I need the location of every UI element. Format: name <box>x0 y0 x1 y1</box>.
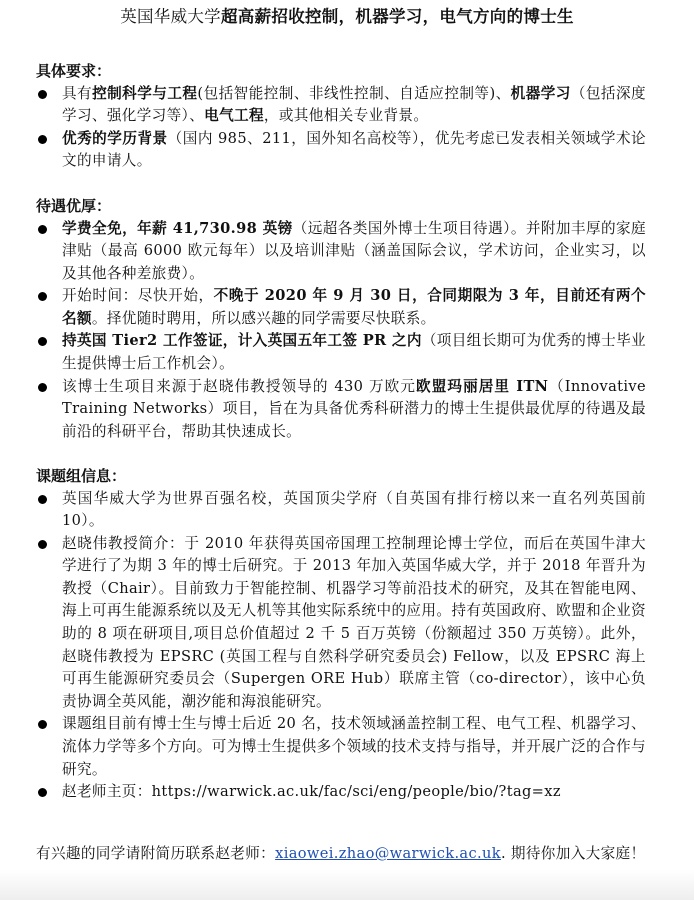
bold-text: 控制科学与工程 <box>92 85 197 102</box>
text: 该博士生项目来源于赵晓伟教授领导的 430 万欧元 <box>62 378 416 395</box>
bottom-fade <box>0 870 694 900</box>
bullet-icon <box>38 383 47 392</box>
section-group: 课题组信息： 英国华威大学为世界百强名校，英国顶尖学府（自英国有排行榜以来一直名… <box>36 465 646 804</box>
bullet-icon <box>38 135 47 144</box>
email-link[interactable]: xiaowei.zhao@warwick.ac.uk <box>275 845 501 862</box>
list-item: 课题组目前有博士生与博士后近 20 名，技术领域涵盖控制工程、电气工程、机器学习… <box>36 713 646 781</box>
title-bold: 超高薪招收控制，机器学习，电气方向的博士生 <box>221 7 574 26</box>
section-requirements: 具体要求： 具有控制科学与工程(包括智能控制、非线性控制、自适应控制等)、机器学… <box>36 60 646 173</box>
section-heading: 待遇优厚： <box>36 195 646 218</box>
text: 课题组目前有博士生与博士后近 20 名，技术领域涵盖控制工程、电气工程、机器学习… <box>62 715 646 777</box>
bold-text: 机器学习 <box>511 85 571 102</box>
bold-text: 电气工程 <box>204 107 264 124</box>
contact-paragraph: 有兴趣的同学请附简历联系赵老师：xiaowei.zhao@warwick.ac.… <box>36 842 656 865</box>
list-item: 赵老师主页：https://warwick.ac.uk/fac/sci/eng/… <box>36 781 646 804</box>
bold-text: 欧盟玛丽居里 ITN <box>416 378 548 395</box>
text: 赵老师主页：https://warwick.ac.uk/fac/sci/eng/… <box>62 783 561 800</box>
bullet-icon <box>38 720 47 729</box>
bullet-icon <box>38 292 47 301</box>
bold-text: 优秀的学历背景 <box>62 130 168 147</box>
text: 。择优随时聘用，所以感兴趣的同学需要尽快联系。 <box>92 310 436 327</box>
benefits-list: 学费全免，年薪 41,730.98 英镑（远超各类国外博士生项目待遇）。并附加丰… <box>36 218 646 444</box>
section-benefits: 待遇优厚： 学费全免，年薪 41,730.98 英镑（远超各类国外博士生项目待遇… <box>36 195 646 443</box>
contact-text: 有兴趣的同学请附简历联系赵老师： <box>36 845 275 862</box>
page-title: 英国华威大学超高薪招收控制，机器学习，电气方向的博士生 <box>0 4 694 30</box>
bullet-icon <box>38 337 47 346</box>
title-prefix: 英国华威大学 <box>120 7 221 26</box>
list-item: 英国华威大学为世界百强名校，英国顶尖学府（自英国有排行榜以来一直名列英国前 10… <box>36 488 646 533</box>
contact-closing: . 期待你加入大家庭！ <box>501 845 645 862</box>
bullet-icon <box>38 540 47 549</box>
section-heading: 具体要求： <box>36 60 646 83</box>
section-heading: 课题组信息： <box>36 465 646 488</box>
bold-text: 持英国 Tier2 工作签证，计入英国五年工签 PR 之内 <box>62 332 422 349</box>
bullet-icon <box>38 225 47 234</box>
list-item: 具有控制科学与工程(包括智能控制、非线性控制、自适应控制等)、机器学习（包括深度… <box>36 83 646 128</box>
group-list: 英国华威大学为世界百强名校，英国顶尖学府（自英国有排行榜以来一直名列英国前 10… <box>36 488 646 804</box>
text: 英国华威大学为世界百强名校，英国顶尖学府（自英国有排行榜以来一直名列英国前 10… <box>62 490 646 530</box>
text: 具有 <box>62 85 92 102</box>
list-item: 该博士生项目来源于赵晓伟教授领导的 430 万欧元欧盟玛丽居里 ITN（Inno… <box>36 376 646 444</box>
text: (包括智能控制、非线性控制、自适应控制等)、 <box>197 85 510 102</box>
list-item: 持英国 Tier2 工作签证，计入英国五年工签 PR 之内（项目组长期可为优秀的… <box>36 330 646 375</box>
bullet-icon <box>38 90 47 99</box>
requirements-list: 具有控制科学与工程(包括智能控制、非线性控制、自适应控制等)、机器学习（包括深度… <box>36 83 646 173</box>
text: ，或其他相关专业背景。 <box>264 107 428 124</box>
bullet-icon <box>38 495 47 504</box>
list-item: 学费全免，年薪 41,730.98 英镑（远超各类国外博士生项目待遇）。并附加丰… <box>36 218 646 286</box>
text: 开始时间：尽快开始， <box>62 287 214 304</box>
list-item: 开始时间：尽快开始，不晚于 2020 年 9 月 30 日，合同期限为 3 年，… <box>36 285 646 330</box>
text: 赵晓伟教授简介：于 2010 年获得英国帝国理工控制理论博士学位，而后在英国牛津… <box>62 535 646 710</box>
list-item: 优秀的学历背景（国内 985、211，国外知名高校等），优先考虑已发表相关领域学… <box>36 128 646 173</box>
document-page: 英国华威大学超高薪招收控制，机器学习，电气方向的博士生 具体要求： 具有控制科学… <box>0 0 694 900</box>
list-item: 赵晓伟教授简介：于 2010 年获得英国帝国理工控制理论博士学位，而后在英国牛津… <box>36 533 646 714</box>
bold-text: 学费全免，年薪 41,730.98 英镑 <box>62 220 293 237</box>
bullet-icon <box>38 788 47 797</box>
